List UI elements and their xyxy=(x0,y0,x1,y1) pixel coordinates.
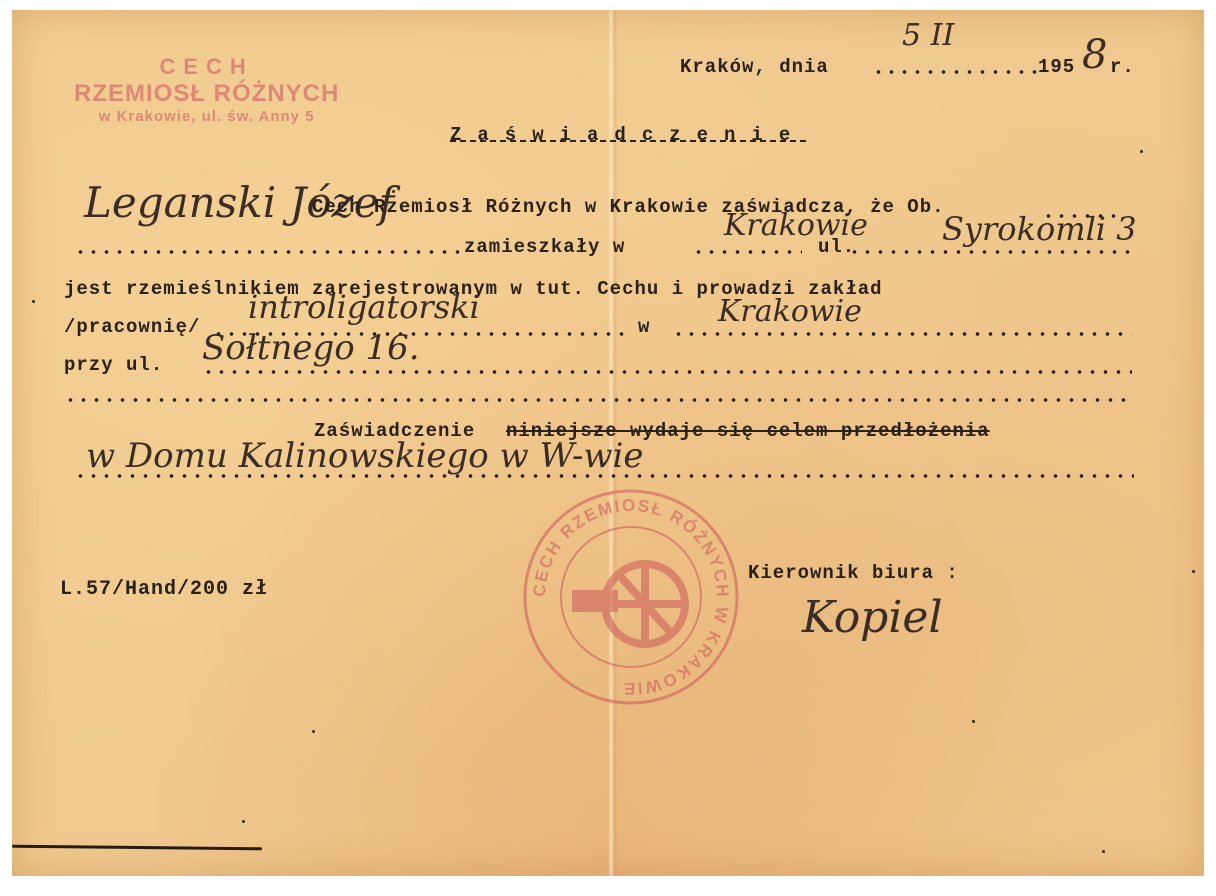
handwritten-workshop-street: Sołtnego 16. xyxy=(202,328,420,368)
stamp-line-1: CECH xyxy=(74,54,339,80)
dotted-line xyxy=(64,398,1132,402)
body-line-2a: zamieszkały w xyxy=(464,236,625,258)
handwritten-city-2: Krakowie xyxy=(718,294,862,329)
dotted-line xyxy=(74,250,464,254)
signature-title: Kierownik biura : xyxy=(748,562,959,584)
stamp-line-2: RZEMIOSŁ RÓŻNYCH xyxy=(74,80,339,108)
dotted-line xyxy=(202,370,1132,374)
stamp-line-3: w Krakowie, ul. św. Anny 5 xyxy=(74,108,339,125)
body-line-2b: ul. xyxy=(818,236,855,258)
handwritten-purpose: w Domu Kalinowskiego w W-wie xyxy=(86,436,644,476)
dotted-line xyxy=(848,250,1138,254)
document-paper: CECH RZEMIOSŁ RÓŻNYCH w Krakowie, ul. św… xyxy=(12,10,1204,876)
dotted-line xyxy=(74,474,1134,478)
cech-header-stamp: CECH RZEMIOSŁ RÓŻNYCH w Krakowie, ul. św… xyxy=(74,54,339,125)
body-line-4a: /pracownię/ xyxy=(64,316,200,338)
round-seal: CECH RZEMIOSŁ RÓŻNYCH W KRAKOWIE xyxy=(520,486,742,708)
document-title: Zaświadczenie xyxy=(450,124,806,146)
place-label: Kraków, dnia xyxy=(680,56,829,78)
ink-line xyxy=(12,845,262,851)
handwritten-street: Syrokomli 3 xyxy=(942,210,1137,248)
body-line-5: przy ul. xyxy=(64,354,163,376)
reference-number: L.57/Hand/200 zł xyxy=(60,578,268,601)
handwritten-date: 5 II xyxy=(902,18,954,53)
dotted-line xyxy=(692,250,802,254)
body-line-4b: w xyxy=(638,316,650,338)
year-suffix: r. xyxy=(1110,56,1135,78)
dotted-line xyxy=(672,332,1132,336)
year-prefix: 195 xyxy=(1038,56,1075,78)
date-dotted-line xyxy=(872,70,1042,74)
anvil-icon xyxy=(572,590,618,612)
signature: Kopiel xyxy=(802,592,943,643)
handwritten-trade: introligatorski xyxy=(248,288,480,326)
handwritten-year-digit: 8 xyxy=(1082,32,1107,78)
